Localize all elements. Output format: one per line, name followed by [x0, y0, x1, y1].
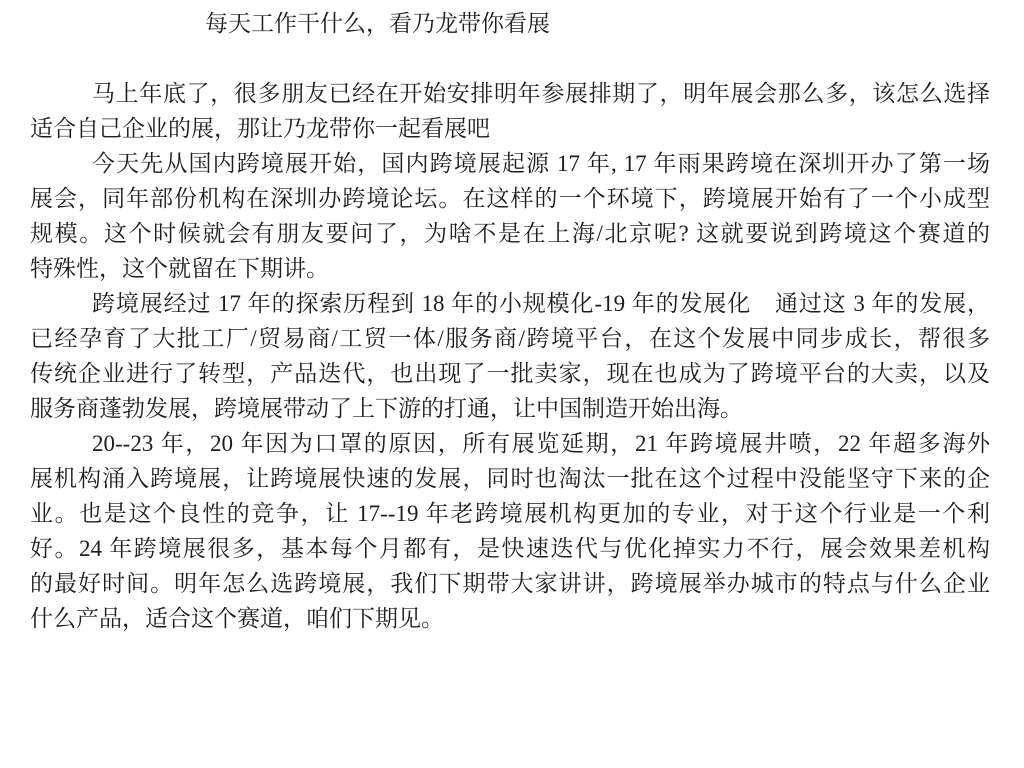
- text-line: 好。24 年跨境展很多，基本每个月都有，是快速迭代与优化掉实力不行，展会效果差机…: [30, 531, 990, 566]
- text-line: 规模。这个时候就会有朋友要问了，为啥不是在上海/北京呢? 这就要说到跨境这个赛道…: [30, 216, 990, 251]
- text-line: 传统企业进行了转型，产品迭代，也出现了一批卖家，现在也成为了跨境平台的大卖，以及: [30, 356, 990, 391]
- document-page: 每天工作干什么，看乃龙带你看展 马上年底了，很多朋友已经在开始安排明年参展排期了…: [0, 0, 1024, 768]
- text-line: 业。也是这个良性的竞争，让 17--19 年老跨境展机构更加的专业，对于这个行业…: [30, 496, 990, 531]
- text-line: 20--23 年，20 年因为口罩的原因，所有展览延期，21 年跨境展井喷，22…: [30, 426, 990, 461]
- text-line: 展会，同年部份机构在深圳办跨境论坛。在这样的一个环境下，跨境展开始有了一个小成型: [30, 181, 990, 216]
- text-line: 服务商蓬勃发展，跨境展带动了上下游的打通，让中国制造开始出海。: [30, 391, 990, 426]
- paragraph: 马上年底了，很多朋友已经在开始安排明年参展排期了，明年展会那么多，该怎么选择适合…: [30, 76, 990, 146]
- text-line: 特殊性，这个就留在下期讲。: [30, 251, 990, 286]
- paragraph: 跨境展经过 17 年的探索历程到 18 年的小规模化-19 年的发展化 通过这 …: [30, 286, 990, 426]
- document-title: 每天工作干什么，看乃龙带你看展: [205, 6, 990, 41]
- text-line: 已经孕育了大批工厂/贸易商/工贸一体/服务商/跨境平台，在这个发展中同步成长，帮…: [30, 321, 990, 356]
- text-line: 的最好时间。明年怎么选跨境展，我们下期带大家讲讲，跨境展举办城市的特点与什么企业: [30, 566, 990, 601]
- paragraph: 今天先从国内跨境展开始，国内跨境展起源 17 年, 17 年雨果跨境在深圳开办了…: [30, 146, 990, 286]
- paragraph: 20--23 年，20 年因为口罩的原因，所有展览延期，21 年跨境展井喷，22…: [30, 426, 990, 636]
- document-body: 马上年底了，很多朋友已经在开始安排明年参展排期了，明年展会那么多，该怎么选择适合…: [30, 76, 990, 636]
- text-line: 跨境展经过 17 年的探索历程到 18 年的小规模化-19 年的发展化 通过这 …: [30, 286, 990, 321]
- text-line: 什么产品，适合这个赛道，咱们下期见。: [30, 601, 990, 636]
- text-line: 适合自己企业的展，那让乃龙带你一起看展吧: [30, 111, 990, 146]
- text-line: 今天先从国内跨境展开始，国内跨境展起源 17 年, 17 年雨果跨境在深圳开办了…: [30, 146, 990, 181]
- title-spacer: [30, 41, 990, 76]
- text-line: 展机构涌入跨境展，让跨境展快速的发展，同时也淘汰一批在这个过程中没能坚守下来的企: [30, 461, 990, 496]
- text-line: 马上年底了，很多朋友已经在开始安排明年参展排期了，明年展会那么多，该怎么选择: [30, 76, 990, 111]
